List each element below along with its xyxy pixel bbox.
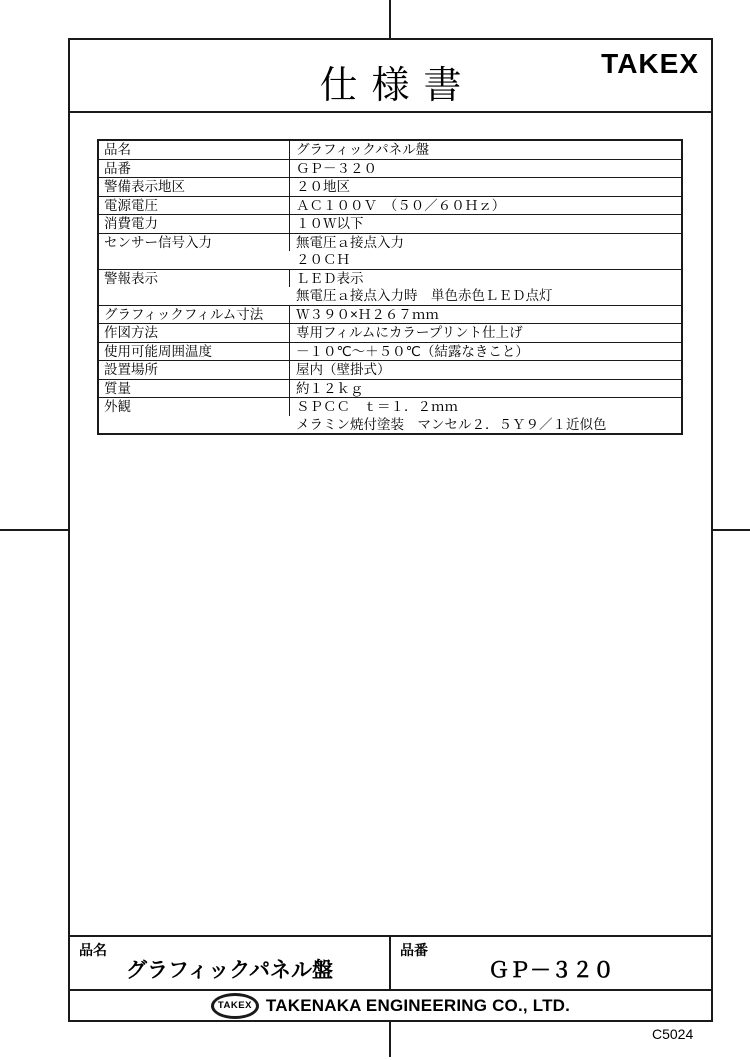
spec-sheet-page: 仕様書 TAKEX 品名 グラフィックパネル盤 品番 ＧＰ－３２０ 警備表示地区 xyxy=(0,0,750,1060)
table-row: 外観 ＳＰＣＣ ｔ＝１．２ｍｍ メラミン焼付塗装 マンセル２．５Ｙ９／１近似色 xyxy=(99,398,681,433)
spec-label: 電源電圧 xyxy=(99,197,290,215)
spec-label: 設置場所 xyxy=(99,361,290,379)
spec-label: 質量 xyxy=(99,380,290,398)
spec-value-line: ＡＣ１００Ｖ （５０／６０Ｈｚ） xyxy=(296,197,675,215)
spec-value-line: ２０ＣＨ xyxy=(296,251,675,269)
spec-value-line: ＳＰＣＣ ｔ＝１．２ｍｍ xyxy=(296,398,675,416)
spec-value-line: 無電圧ａ接点入力 xyxy=(296,234,675,252)
table-row: 品番 ＧＰ－３２０ xyxy=(99,160,681,179)
spec-value: １０Ｗ以下 xyxy=(290,215,681,233)
table-row: 品名 グラフィックパネル盤 xyxy=(99,141,681,160)
spec-value-line: ＬＥＤ表示 xyxy=(296,270,675,288)
spec-label: 消費電力 xyxy=(99,215,290,233)
spec-value-line: ２０地区 xyxy=(296,178,675,196)
spec-label: 外観 xyxy=(99,398,290,416)
spec-table: 品名 グラフィックパネル盤 品番 ＧＰ－３２０ 警備表示地区 ２０地区 電源電圧 xyxy=(97,139,683,435)
table-row: 警報表示 ＬＥＤ表示 無電圧ａ接点入力時 単色赤色ＬＥＤ点灯 xyxy=(99,270,681,306)
spec-value-line: グラフィックパネル盤 xyxy=(296,141,675,159)
spec-value: 約１２ｋｇ xyxy=(290,380,681,398)
spec-value-line: 約１２ｋｇ xyxy=(296,380,675,398)
crop-mark-right xyxy=(711,529,750,531)
spec-value-line: １０Ｗ以下 xyxy=(296,215,675,233)
spec-value: Ｗ３９０×Ｈ２６７ｍｍ xyxy=(290,306,681,324)
spec-label: 品名 xyxy=(99,141,290,159)
table-row: 使用可能周囲温度 －１０℃～＋５０℃（結露なきこと） xyxy=(99,343,681,362)
table-row: 設置場所 屋内（壁掛式） xyxy=(99,361,681,380)
table-row: 電源電圧 ＡＣ１００Ｖ （５０／６０Ｈｚ） xyxy=(99,197,681,216)
title-block-number-cell: 品番 ＧＰ－３２０ xyxy=(391,937,711,989)
takex-oval-logo: TAKEX xyxy=(211,993,259,1019)
brand-logo-text: TAKEX xyxy=(601,48,699,80)
product-number-value: ＧＰ－３２０ xyxy=(391,954,711,984)
spec-label: センサー信号入力 xyxy=(99,234,290,252)
spec-value-line: 専用フィルムにカラープリント仕上げ xyxy=(296,324,675,342)
spec-value-line: 無電圧ａ接点入力時 単色赤色ＬＥＤ点灯 xyxy=(296,287,675,305)
spec-value: ＡＣ１００Ｖ （５０／６０Ｈｚ） xyxy=(290,197,681,215)
spec-label: 品番 xyxy=(99,160,290,178)
spec-value: ＧＰ－３２０ xyxy=(290,160,681,178)
spec-value-line: ＧＰ－３２０ xyxy=(296,160,675,178)
crop-mark-bottom xyxy=(389,1022,391,1057)
spec-value: 無電圧ａ接点入力 ２０ＣＨ xyxy=(290,234,681,269)
spec-label: 警報表示 xyxy=(99,270,290,288)
title-bar: 仕様書 TAKEX xyxy=(70,40,711,113)
spec-value: 専用フィルムにカラープリント仕上げ xyxy=(290,324,681,342)
spec-label: グラフィックフィルム寸法 xyxy=(99,306,290,324)
spec-value: ＬＥＤ表示 無電圧ａ接点入力時 単色赤色ＬＥＤ点灯 xyxy=(290,270,681,305)
product-name-value: グラフィックパネル盤 xyxy=(70,954,389,984)
table-row: 質量 約１２ｋｇ xyxy=(99,380,681,399)
spec-label: 警備表示地区 xyxy=(99,178,290,196)
table-row: 警備表示地区 ２０地区 xyxy=(99,178,681,197)
spec-value: ２０地区 xyxy=(290,178,681,196)
spec-value-line: 屋内（壁掛式） xyxy=(296,361,675,379)
table-row: センサー信号入力 無電圧ａ接点入力 ２０ＣＨ xyxy=(99,234,681,270)
table-row: 消費電力 １０Ｗ以下 xyxy=(99,215,681,234)
spec-label: 使用可能周囲温度 xyxy=(99,343,290,361)
document-frame: 仕様書 TAKEX 品名 グラフィックパネル盤 品番 ＧＰ－３２０ 警備表示地区 xyxy=(68,38,713,1022)
spec-value: －１０℃～＋５０℃（結露なきこと） xyxy=(290,343,681,361)
spec-value: グラフィックパネル盤 xyxy=(290,141,681,159)
company-name: TAKENAKA ENGINEERING CO., LTD. xyxy=(266,996,570,1016)
spec-value-line: －１０℃～＋５０℃（結露なきこと） xyxy=(296,343,675,361)
spec-value-line: メラミン焼付塗装 マンセル２．５Ｙ９／１近似色 xyxy=(296,416,675,434)
spec-value: ＳＰＣＣ ｔ＝１．２ｍｍ メラミン焼付塗装 マンセル２．５Ｙ９／１近似色 xyxy=(290,398,681,433)
footer: TAKEX TAKENAKA ENGINEERING CO., LTD. xyxy=(70,991,711,1020)
title-block: 品名 グラフィックパネル盤 品番 ＧＰ－３２０ xyxy=(70,935,711,991)
title-block-name-cell: 品名 グラフィックパネル盤 xyxy=(70,937,391,989)
spec-value-line: Ｗ３９０×Ｈ２６７ｍｍ xyxy=(296,306,675,324)
table-row: グラフィックフィルム寸法 Ｗ３９０×Ｈ２６７ｍｍ xyxy=(99,306,681,325)
crop-mark-top xyxy=(389,0,391,38)
spec-label: 作図方法 xyxy=(99,324,290,342)
spec-value: 屋内（壁掛式） xyxy=(290,361,681,379)
table-row: 作図方法 専用フィルムにカラープリント仕上げ xyxy=(99,324,681,343)
crop-mark-left xyxy=(0,529,68,531)
document-number: C5024 xyxy=(652,1026,693,1042)
